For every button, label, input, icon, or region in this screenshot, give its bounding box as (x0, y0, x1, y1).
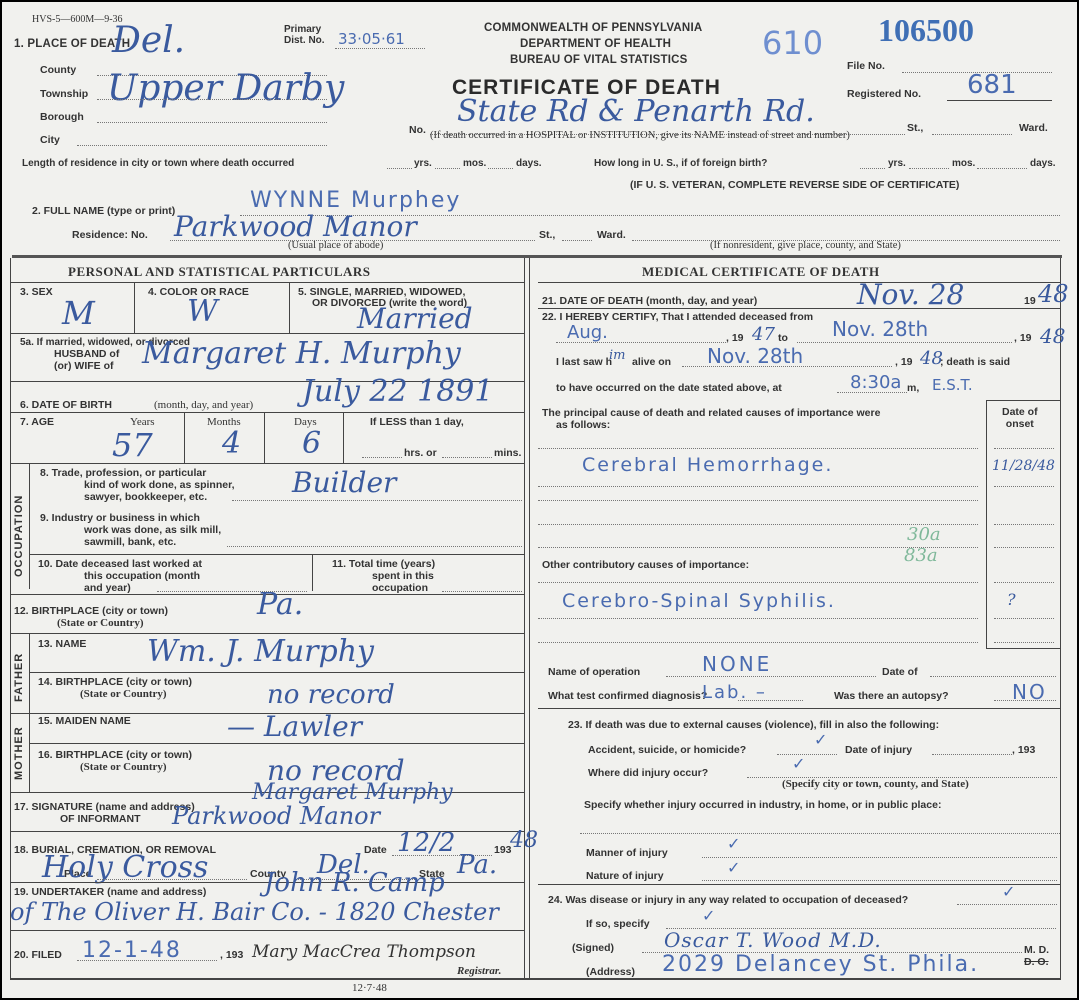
race-value: W (187, 294, 218, 329)
residence-length-label: Length of residence in city or town wher… (22, 158, 294, 169)
trade-label-3: sawyer, bookkeeper, etc. (84, 491, 207, 503)
primary-dist-value: 33·05·61 (338, 30, 405, 48)
trade-label-2: kind of work done, as spinner, (84, 479, 235, 491)
father-vertical-label: FATHER (13, 653, 25, 702)
marital-value: Married (357, 302, 473, 335)
burial-year-value: 48 (510, 828, 538, 853)
undertaker-value-1: John R. Camp (264, 868, 445, 898)
city-label: City (40, 134, 60, 146)
file-no-label: File No. (847, 60, 885, 72)
street-st-label: St., (907, 122, 923, 134)
undertaker-label: 19. UNDERTAKER (name and address) (14, 886, 206, 898)
personal-section-title: PERSONAL AND STATISTICAL PARTICULARS (68, 264, 371, 280)
injury-date-label: Date of injury (845, 744, 912, 756)
filed-year-prefix: , 193 (220, 949, 243, 961)
residence-ward-label: Ward. (597, 229, 626, 241)
contributory-value: Cerebro-Spinal Syphilis. (562, 590, 836, 612)
if-so-label: If so, specify (586, 918, 650, 930)
agency-line-3: BUREAU OF VITAL STATISTICS (510, 54, 688, 66)
last-saw-value: Nov. 28th (707, 344, 803, 368)
birthplace-value: Pa. (257, 587, 303, 622)
attended-from-year-prefix: , 19 (726, 332, 744, 344)
principal-cause-label-2: as follows: (556, 419, 610, 431)
primary-dist-label: Primary Dist. No. (284, 24, 325, 46)
father-name-label: 13. NAME (38, 638, 86, 650)
signed-label: (Signed) (572, 942, 614, 954)
total-time-label-3: occupation (372, 582, 428, 594)
residence-label: Residence: No. (72, 229, 148, 241)
trade-label-1: 8. Trade, profession, or particular (40, 467, 206, 479)
birthplace-label-2: (State or Country) (57, 617, 144, 629)
age-months-value: 4 (222, 426, 241, 461)
green-code-1: 30a (907, 524, 941, 545)
foreign-mos-label: mos. (952, 158, 975, 169)
date-of-death-value: Nov. 28 (857, 278, 964, 311)
yrs-label: yrs. (414, 158, 432, 169)
last-worked-label-2: this occupation (month (84, 570, 200, 582)
borough-label: Borough (40, 111, 84, 123)
informant-value-2: Parkwood Manor (172, 802, 380, 830)
burial-state-value: Pa. (457, 850, 497, 880)
foreign-days-label: days. (1030, 158, 1056, 169)
last-worked-label-1: 10. Date deceased last worked at (38, 558, 202, 570)
father-name-value: Wm. J. Murphy (147, 634, 374, 669)
days-label: days. (516, 158, 542, 169)
mother-vertical-label: MOTHER (13, 726, 25, 780)
time-zone: E.S.T. (932, 376, 973, 394)
birthplace-label-1: 12. BIRTHPLACE (city or town) (14, 605, 168, 617)
principal-cause-onset: 11/28/48 (992, 458, 1055, 474)
agency-line-2: DEPARTMENT OF HEALTH (520, 38, 671, 50)
trade-value: Builder (292, 466, 396, 499)
accident-label: Accident, suicide, or homicide? (588, 744, 746, 756)
industry-label-3: sawmill, bank, etc. (84, 536, 176, 548)
attended-from-year: 47 (752, 324, 775, 345)
age-label: 7. AGE (20, 416, 54, 428)
township-label: Township (40, 88, 88, 100)
operation-value: NONE (702, 652, 772, 676)
usual-abode-note: (Usual place of abode) (288, 240, 383, 251)
autopsy-label: Was there an autopsy? (834, 690, 949, 702)
residence-value: Parkwood Manor (174, 210, 417, 243)
mother-name-value: — Lawler (227, 710, 362, 743)
attended-to-value: Nov. 28th (832, 317, 928, 341)
occurred-label: to have occurred on the date stated abov… (556, 382, 782, 394)
last-saw-pronoun: im (609, 348, 626, 363)
last-saw-year-prefix: , 19 (895, 356, 913, 368)
mother-birthplace-label-1: 16. BIRTHPLACE (city or town) (38, 749, 192, 761)
father-birthplace-value: no record (267, 680, 395, 710)
dob-label: 6. DATE OF BIRTH (20, 399, 112, 411)
veteran-note: (IF U. S. VETERAN, COMPLETE REVERSE SIDE… (630, 179, 959, 191)
street-no-label: No. (409, 124, 426, 136)
principal-cause-value: Cerebral Hemorrhage. (582, 454, 833, 476)
father-birthplace-label-2: (State or Country) (80, 688, 167, 700)
if-so-value: ✓ (702, 906, 715, 925)
injury-year-prefix: , 193 (1012, 744, 1035, 756)
stamp-number: 106500 (878, 12, 974, 49)
total-time-label-1: 11. Total time (years) (332, 558, 435, 570)
contributory-label: Other contributory causes of importance: (542, 559, 749, 571)
undertaker-value-2: of The Oliver H. Bair Co. - 1820 Chester (10, 898, 499, 926)
mins-label: mins. (494, 447, 521, 459)
dob-value: July 22 1891 (302, 374, 493, 409)
address-value: 2029 Delancey St. Phila. (662, 952, 979, 977)
death-certificate: HVS-5—600M—9-36 Primary Dist. No. 33·05·… (2, 2, 1077, 998)
time-value: 8:30a (850, 372, 901, 393)
registered-no-value: 681 (967, 70, 1017, 100)
green-code-2: 83a (904, 545, 938, 566)
attended-to-year-prefix: , 19 (1014, 332, 1032, 344)
industry-label-2: work was done, as silk mill, (84, 524, 221, 536)
filed-label: 20. FILED (14, 949, 62, 961)
accident-value: ✓ (814, 730, 827, 749)
external-causes-label: 23. If death was due to external causes … (568, 719, 939, 731)
hospital-note: (If death occurred in a HOSPITAL or INST… (430, 130, 850, 141)
contributory-onset: ? (1007, 590, 1016, 609)
occupation-vertical-label: OCCUPATION (13, 495, 25, 577)
nature-label: Nature of injury (586, 870, 664, 882)
less-than-day-label: If LESS than 1 day, (370, 416, 464, 428)
date-of-death-label: 21. DATE OF DEATH (month, day, and year) (542, 295, 757, 307)
registrar-signature: Mary MacCrea Thompson (252, 942, 476, 962)
manner-label: Manner of injury (586, 847, 668, 859)
do-label: D. O. (1024, 956, 1049, 968)
bottom-date-stamp: 12·7·48 (352, 982, 387, 994)
death-said-label: ; death is said (940, 356, 1010, 368)
sex-value: M (62, 294, 95, 332)
township-value: Upper Darby (107, 68, 344, 109)
handwritten-code: 610 (762, 24, 823, 62)
manner-value: ✓ (727, 834, 740, 853)
age-years-value: 57 (112, 426, 153, 464)
where-injury-label: Where did injury occur? (588, 767, 708, 779)
county-label: County (40, 64, 76, 76)
attended-from-value: Aug. (567, 322, 608, 343)
registered-no-label: Registered No. (847, 88, 921, 100)
operation-label: Name of operation (548, 666, 640, 678)
father-birthplace-label-1: 14. BIRTHPLACE (city or town) (38, 676, 192, 688)
agency-line-1: COMMONWEALTH OF PENNSYLVANIA (484, 22, 702, 34)
dob-sub-label: (month, day, and year) (154, 399, 253, 411)
operation-date-label: Date of (882, 666, 918, 678)
mother-name-label: 15. MAIDEN NAME (38, 715, 131, 727)
test-label: What test confirmed diagnosis? (548, 690, 707, 702)
foreign-birth-label: How long in U. S., if of foreign birth? (594, 158, 767, 169)
industry-label-1: 9. Industry or business in which (40, 512, 200, 524)
informant-label-2: OF INFORMANT (60, 813, 141, 825)
date-of-onset-label: Date of onset (1002, 406, 1038, 430)
where-injury-value: ✓ (792, 754, 805, 773)
to-label: to (778, 332, 788, 344)
foreign-yrs-label: yrs. (888, 158, 906, 169)
nature-value: ✓ (727, 858, 740, 877)
time-suffix: m, (907, 382, 919, 394)
date-of-death-year: 48 (1038, 280, 1069, 308)
medical-section-title: MEDICAL CERTIFICATE OF DEATH (642, 264, 880, 280)
occupation-related-value: ✓ (1002, 882, 1015, 901)
street-value: State Rd & Penarth Rd. (457, 94, 815, 129)
specify-note: (Specify city or town, county, and State… (782, 778, 969, 790)
attended-to-year: 48 (1040, 324, 1065, 348)
principal-cause-label-1: The principal cause of death and related… (542, 407, 880, 419)
spouse-label-2: HUSBAND of (54, 348, 119, 360)
mother-birthplace-label-2: (State or Country) (80, 761, 167, 773)
address-label: (Address) (586, 966, 635, 978)
registrar-label: Registrar. (457, 965, 501, 977)
form-code: HVS-5—600M—9-36 (32, 14, 123, 25)
street-ward-label: Ward. (1019, 122, 1048, 134)
spouse-label-3: (or) WIFE of (54, 360, 113, 372)
total-time-label-2: spent in this (372, 570, 434, 582)
burial-date-value: 12/2 (397, 828, 455, 858)
nonresident-note: (If nonresident, give place, county, and… (710, 240, 901, 251)
mos-label: mos. (463, 158, 486, 169)
residence-st-label: St., (539, 229, 555, 241)
alive-on-label: alive on (632, 356, 671, 368)
md-label: M. D. (1024, 944, 1049, 956)
sex-label: 3. SEX (20, 286, 53, 298)
informant-label-1: 17. SIGNATURE (name and address) (14, 801, 195, 813)
date-of-death-year-prefix: 19 (1024, 295, 1036, 307)
hrs-or-label: hrs. or (404, 447, 437, 459)
industry-home-label: Specify whether injury occurred in indus… (584, 799, 941, 811)
spouse-value: Margaret H. Murphy (142, 336, 461, 371)
last-saw-label: I last saw h (556, 356, 612, 368)
occupation-related-label: 24. Was disease or injury in any way rel… (548, 894, 908, 906)
signed-value: Oscar T. Wood M.D. (664, 928, 882, 952)
full-name-label: 2. FULL NAME (type or print) (32, 205, 175, 217)
county-value: Del. (112, 20, 185, 61)
age-days-value: 6 (302, 426, 321, 461)
last-worked-label-3: and year) (84, 582, 131, 594)
